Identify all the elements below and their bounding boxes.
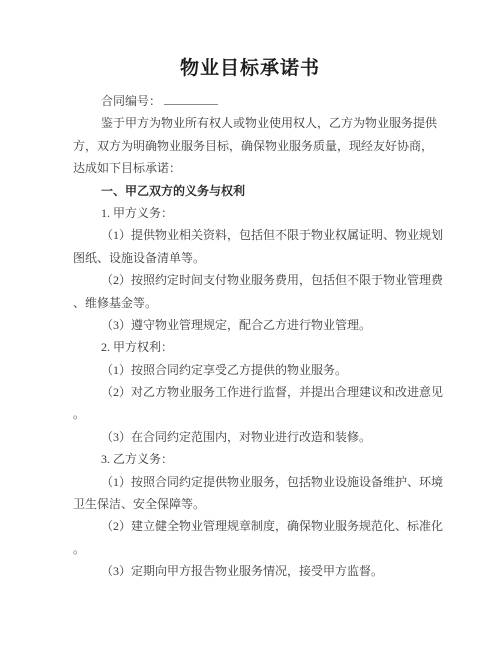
document-line: （2）对乙方物业服务工作进行监督，并提出合理建议和改进意见 — [73, 381, 430, 403]
document-line: 、维修基金等。 — [73, 292, 430, 314]
document-line: （3）在合同约定范围内，对物业进行改造和装修。 — [73, 426, 430, 448]
document-page: 物业目标承诺书 合同编号： 鉴于甲方为物业所有权人或物业使用权人，乙方为物业服务… — [0, 0, 500, 647]
document-title: 物业目标承诺书 — [73, 56, 427, 82]
document-line: 达成如下目标承诺： — [73, 157, 430, 179]
document-body: 鉴于甲方为物业所有权人或物业使用权人，乙方为物业服务提供方，双方为明确物业服务目… — [73, 112, 430, 582]
document-line: （2）建立健全物业管理规章制度，确保物业服务规范化、标准化 — [73, 515, 430, 537]
document-line: 鉴于甲方为物业所有权人或物业使用权人，乙方为物业服务提供 — [73, 112, 430, 134]
document-line: 。 — [73, 538, 430, 560]
document-line: （2）按照约定时间支付物业服务费用，包括但不限于物业管理费 — [73, 269, 430, 291]
contract-number-row: 合同编号： — [73, 90, 430, 112]
document-line: （1）按照合同约定提供物业服务，包括物业设施设备维护、环境 — [73, 471, 430, 493]
document-line: 3. 乙方义务： — [73, 448, 430, 470]
contract-number-blank — [164, 92, 218, 105]
document-line: （3）遵守物业管理规定，配合乙方进行物业管理。 — [73, 314, 430, 336]
document-line: 方，双方为明确物业服务目标，确保物业服务质量，现经友好协商， — [73, 135, 430, 157]
contract-number-label: 合同编号： — [101, 94, 161, 108]
document-line: 一、甲乙双方的义务与权利 — [73, 180, 430, 202]
document-line: 2. 甲方权利： — [73, 336, 430, 358]
document-line: 图纸、设施设备清单等。 — [73, 247, 430, 269]
document-line: 。 — [73, 403, 430, 425]
document-screenshot: { "colors": { "background": "#ffffff", "… — [0, 0, 500, 647]
document-line: （1）按照合同约定享受乙方提供的物业服务。 — [73, 359, 430, 381]
document-line: （1）提供物业相关资料，包括但不限于物业权属证明、物业规划 — [73, 224, 430, 246]
document-line: （3）定期向甲方报告物业服务情况，接受甲方监督。 — [73, 560, 430, 582]
document-line: 卫生保洁、安全保障等。 — [73, 493, 430, 515]
document-line: 1. 甲方义务： — [73, 202, 430, 224]
